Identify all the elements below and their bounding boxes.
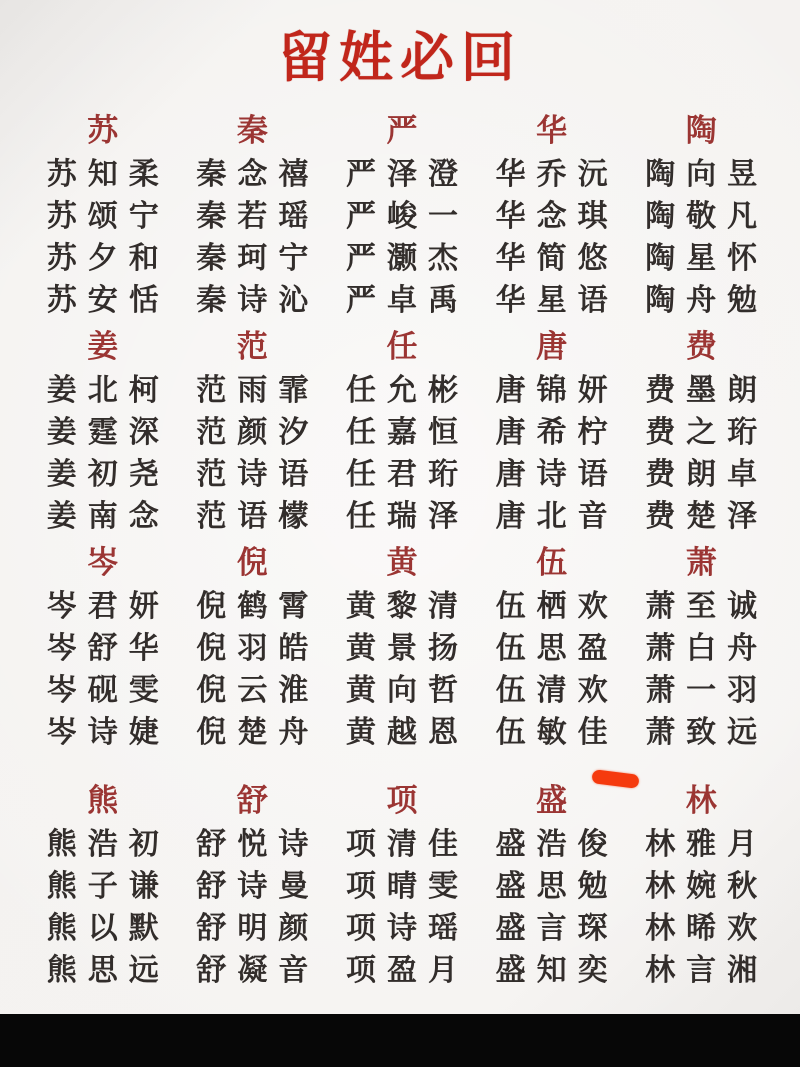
- surname-column-ren: 任 任允彬 任嘉恒 任君珩 任瑞泽: [329, 324, 475, 538]
- surname-column-wu: 伍 伍栖欢 伍思盈 伍清欢 伍敏佳: [479, 540, 625, 754]
- surname-header: 陶: [628, 108, 774, 154]
- name-item: 严灏杰: [329, 238, 475, 280]
- name-item: 盛知奕: [479, 950, 625, 992]
- surname-header: 伍: [479, 540, 625, 586]
- name-item: 岑诗婕: [30, 712, 176, 754]
- surname-header: 倪: [180, 540, 326, 586]
- name-item: 熊思远: [30, 950, 176, 992]
- name-item: 姜初尧: [30, 454, 176, 496]
- name-item: 费之珩: [628, 412, 774, 454]
- surname-header: 林: [628, 778, 774, 824]
- name-item: 黄景扬: [329, 628, 475, 670]
- name-item: 任君珩: [329, 454, 475, 496]
- name-item: 项清佳: [329, 824, 475, 866]
- surname-column-qin: 秦 秦念禧 秦若瑶 秦珂宁 秦诗沁: [180, 108, 326, 322]
- name-item: 萧白舟: [628, 628, 774, 670]
- name-item: 熊以默: [30, 908, 176, 950]
- surname-column-tang: 唐 唐锦妍 唐希柠 唐诗语 唐北音: [479, 324, 625, 538]
- name-item: 费楚泽: [628, 496, 774, 538]
- surname-column-yan: 严 严泽澄 严峻一 严灏杰 严卓禹: [329, 108, 475, 322]
- name-item: 范雨霏: [180, 370, 326, 412]
- surname-header: 盛: [479, 778, 625, 824]
- name-item: 唐锦妍: [479, 370, 625, 412]
- name-item: 林晞欢: [628, 908, 774, 950]
- name-item: 唐希柠: [479, 412, 625, 454]
- surname-column-fei: 费 费墨朗 费之珩 费朗卓 费楚泽: [628, 324, 774, 538]
- name-item: 项盈月: [329, 950, 475, 992]
- surname-column-xiao: 萧 萧至诚 萧白舟 萧一羽 萧致远: [628, 540, 774, 754]
- name-item: 伍栖欢: [479, 586, 625, 628]
- surname-group-4: 熊 熊浩初 熊子谦 熊以默 熊思远 舒 舒悦诗 舒诗曼 舒明颜 舒凝音 项 项清…: [30, 778, 774, 992]
- name-item: 任嘉恒: [329, 412, 475, 454]
- surname-column-xiang: 项 项清佳 项晴雯 项诗瑶 项盈月: [329, 778, 475, 992]
- surname-header: 熊: [30, 778, 176, 824]
- surname-column-ni: 倪 倪鹤霄 倪羽皓 倪云淮 倪楚舟: [180, 540, 326, 754]
- surname-header: 严: [329, 108, 475, 154]
- surname-header: 岑: [30, 540, 176, 586]
- name-item: 苏颂宁: [30, 196, 176, 238]
- name-item: 盛思勉: [479, 866, 625, 908]
- name-item: 倪楚舟: [180, 712, 326, 754]
- surname-column-cen: 岑 岑君妍 岑舒华 岑砚雯 岑诗婕: [30, 540, 176, 754]
- name-item: 苏知柔: [30, 154, 176, 196]
- name-item: 姜南念: [30, 496, 176, 538]
- name-item: 岑舒华: [30, 628, 176, 670]
- surname-header: 唐: [479, 324, 625, 370]
- surname-group-2: 姜 姜北柯 姜霆深 姜初尧 姜南念 范 范雨霏 范颜汐 范诗语 范语檬 任 任允…: [30, 324, 774, 538]
- surname-column-hua: 华 华乔沅 华念琪 华简悠 华星语: [479, 108, 625, 322]
- surname-group-1: 苏 苏知柔 苏颂宁 苏夕和 苏安恬 秦 秦念禧 秦若瑶 秦珂宁 秦诗沁 严 严泽…: [30, 108, 774, 322]
- name-item: 黄黎清: [329, 586, 475, 628]
- name-item: 范诗语: [180, 454, 326, 496]
- surname-column-huang: 黄 黄黎清 黄景扬 黄向哲 黄越恩: [329, 540, 475, 754]
- name-list-poster: 留姓必回 苏 苏知柔 苏颂宁 苏夕和 苏安恬 秦 秦念禧 秦若瑶 秦珂宁 秦诗沁…: [0, 0, 800, 1067]
- name-item: 林雅月: [628, 824, 774, 866]
- name-item: 岑砚雯: [30, 670, 176, 712]
- name-item: 费朗卓: [628, 454, 774, 496]
- surname-column-xiong: 熊 熊浩初 熊子谦 熊以默 熊思远: [30, 778, 176, 992]
- surname-header: 任: [329, 324, 475, 370]
- surname-column-tao: 陶 陶向昱 陶敬凡 陶星怀 陶舟勉: [628, 108, 774, 322]
- name-item: 任允彬: [329, 370, 475, 412]
- name-item: 倪鹤霄: [180, 586, 326, 628]
- name-item: 唐诗语: [479, 454, 625, 496]
- name-item: 盛言琛: [479, 908, 625, 950]
- surname-column-su: 苏 苏知柔 苏颂宁 苏夕和 苏安恬: [30, 108, 176, 322]
- name-item: 范颜汐: [180, 412, 326, 454]
- bottom-letterbox-bar: [0, 1014, 800, 1067]
- name-item: 秦念禧: [180, 154, 326, 196]
- name-item: 萧至诚: [628, 586, 774, 628]
- surname-column-jiang: 姜 姜北柯 姜霆深 姜初尧 姜南念: [30, 324, 176, 538]
- surname-header: 黄: [329, 540, 475, 586]
- name-item: 苏安恬: [30, 280, 176, 322]
- name-item: 陶星怀: [628, 238, 774, 280]
- name-item: 陶舟勉: [628, 280, 774, 322]
- name-item: 华星语: [479, 280, 625, 322]
- name-item: 华念琪: [479, 196, 625, 238]
- name-item: 伍清欢: [479, 670, 625, 712]
- page-title: 留姓必回: [0, 24, 800, 90]
- surname-header: 萧: [628, 540, 774, 586]
- name-item: 秦若瑶: [180, 196, 326, 238]
- name-item: 姜霆深: [30, 412, 176, 454]
- surname-column-sheng: 盛 盛浩俊 盛思勉 盛言琛 盛知奕: [479, 778, 625, 992]
- name-item: 任瑞泽: [329, 496, 475, 538]
- name-item: 黄向哲: [329, 670, 475, 712]
- name-item: 伍敏佳: [479, 712, 625, 754]
- name-item: 舒悦诗: [180, 824, 326, 866]
- surname-header: 费: [628, 324, 774, 370]
- name-item: 倪羽皓: [180, 628, 326, 670]
- surname-header: 华: [479, 108, 625, 154]
- surname-header: 苏: [30, 108, 176, 154]
- name-item: 萧一羽: [628, 670, 774, 712]
- name-item: 范语檬: [180, 496, 326, 538]
- name-table: 苏 苏知柔 苏颂宁 苏夕和 苏安恬 秦 秦念禧 秦若瑶 秦珂宁 秦诗沁 严 严泽…: [30, 108, 774, 992]
- name-item: 林婉秋: [628, 866, 774, 908]
- name-item: 熊浩初: [30, 824, 176, 866]
- name-item: 严峻一: [329, 196, 475, 238]
- surname-header: 舒: [180, 778, 326, 824]
- name-item: 费墨朗: [628, 370, 774, 412]
- surname-header: 姜: [30, 324, 176, 370]
- name-item: 舒凝音: [180, 950, 326, 992]
- name-item: 黄越恩: [329, 712, 475, 754]
- name-item: 华乔沅: [479, 154, 625, 196]
- name-item: 严泽澄: [329, 154, 475, 196]
- name-item: 项诗瑶: [329, 908, 475, 950]
- name-item: 严卓禹: [329, 280, 475, 322]
- name-item: 伍思盈: [479, 628, 625, 670]
- surname-header: 范: [180, 324, 326, 370]
- surname-group-3: 岑 岑君妍 岑舒华 岑砚雯 岑诗婕 倪 倪鹤霄 倪羽皓 倪云淮 倪楚舟 黄 黄黎…: [30, 540, 774, 754]
- name-item: 陶敬凡: [628, 196, 774, 238]
- name-item: 熊子谦: [30, 866, 176, 908]
- surname-column-shu: 舒 舒悦诗 舒诗曼 舒明颜 舒凝音: [180, 778, 326, 992]
- name-item: 秦诗沁: [180, 280, 326, 322]
- surname-header: 秦: [180, 108, 326, 154]
- name-item: 盛浩俊: [479, 824, 625, 866]
- name-item: 秦珂宁: [180, 238, 326, 280]
- name-item: 姜北柯: [30, 370, 176, 412]
- surname-header: 项: [329, 778, 475, 824]
- name-item: 倪云淮: [180, 670, 326, 712]
- name-item: 舒明颜: [180, 908, 326, 950]
- name-item: 项晴雯: [329, 866, 475, 908]
- surname-column-lin: 林 林雅月 林婉秋 林晞欢 林言湘: [628, 778, 774, 992]
- name-item: 唐北音: [479, 496, 625, 538]
- surname-column-fan: 范 范雨霏 范颜汐 范诗语 范语檬: [180, 324, 326, 538]
- name-item: 岑君妍: [30, 586, 176, 628]
- name-item: 舒诗曼: [180, 866, 326, 908]
- name-item: 林言湘: [628, 950, 774, 992]
- name-item: 苏夕和: [30, 238, 176, 280]
- name-item: 华简悠: [479, 238, 625, 280]
- name-item: 陶向昱: [628, 154, 774, 196]
- name-item: 萧致远: [628, 712, 774, 754]
